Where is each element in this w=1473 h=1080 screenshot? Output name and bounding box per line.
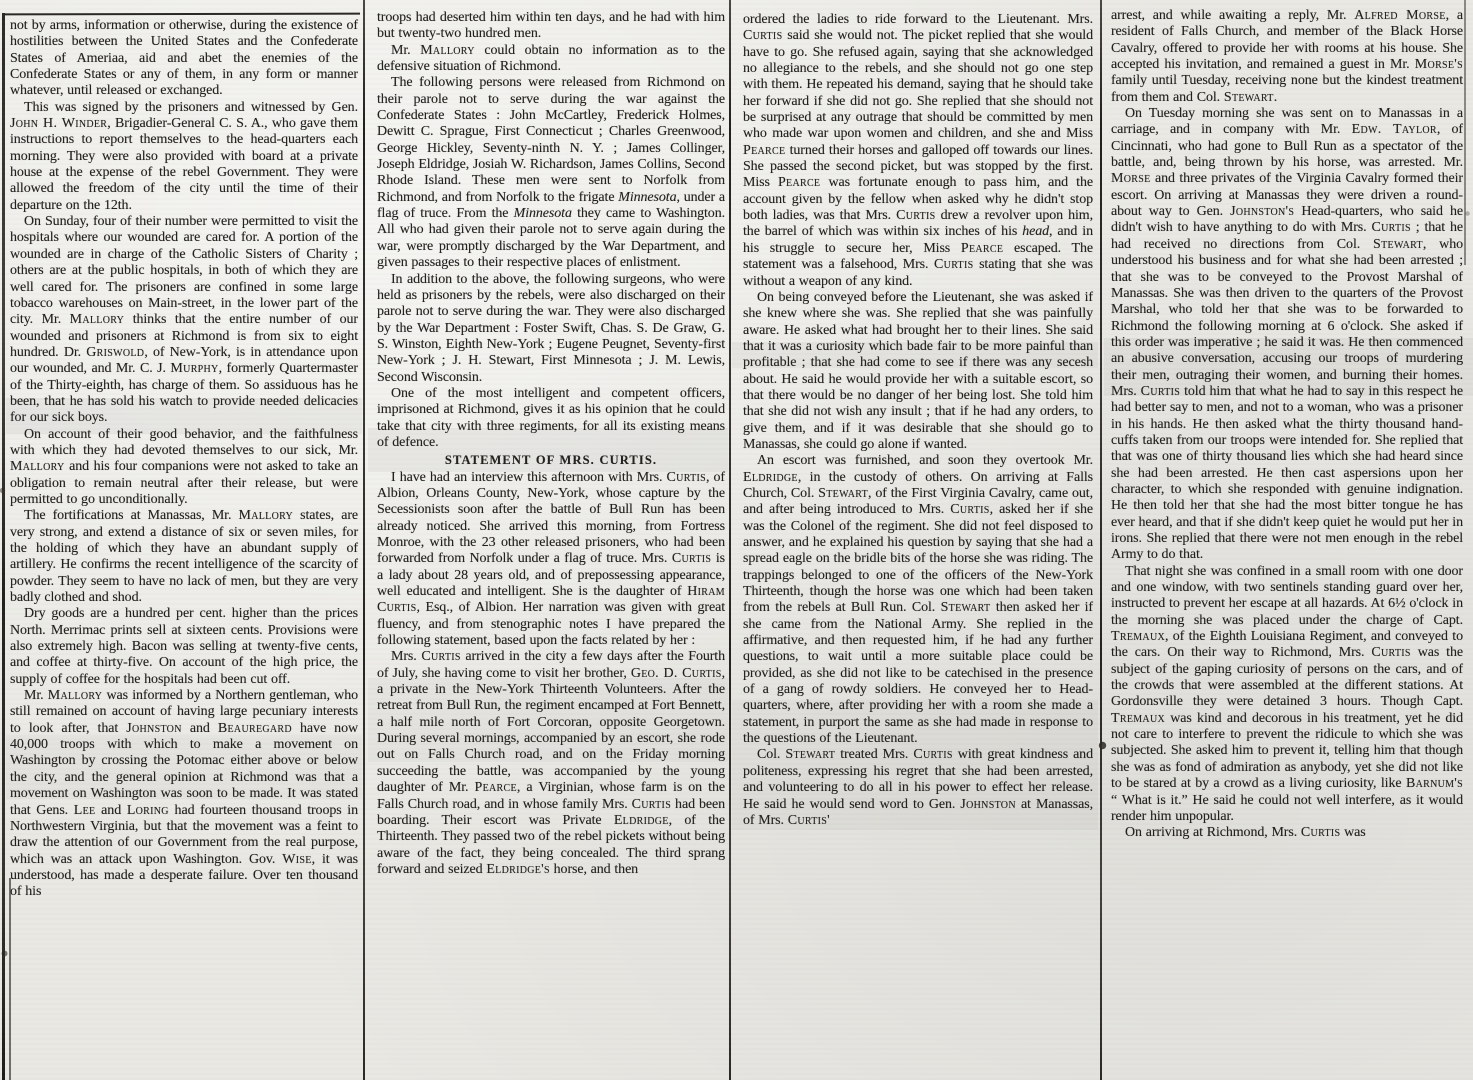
column-rule [1100, 0, 1102, 1080]
scan-edge-line [9, 878, 11, 1080]
paragraph: Mrs. Curtis arrived in the city a few da… [377, 649, 725, 878]
paragraph: The fortifications at Manassas, Mr. Mall… [10, 508, 358, 606]
paragraph: troops had deserted him within ten days,… [377, 10, 725, 43]
newspaper-column-1: not by arms, information or otherwise, d… [10, 0, 358, 1080]
paragraph: This was signed by the prisoners and wit… [10, 100, 358, 214]
paragraph: On arriving at Richmond, Mrs. Curtis was [1111, 825, 1463, 841]
paragraph: I have had an interview this afternoon w… [377, 470, 725, 650]
paragraph: On being conveyed before the Lieutenant,… [743, 290, 1093, 453]
paragraph: Mr. Mallory was informed by a Northern g… [10, 688, 358, 900]
column-rule [363, 0, 365, 1080]
paragraph: not by arms, information or otherwise, d… [10, 18, 358, 100]
paragraph: ordered the ladies to ride forward to th… [743, 12, 1093, 290]
paragraph: Mr. Mallory could obtain no information … [377, 43, 725, 76]
section-heading: STATEMENT OF MRS. CURTIS. [377, 451, 725, 469]
newspaper-column-4: arrest, and while awaiting a reply, Mr. … [1111, 0, 1463, 1080]
paragraph: On Sunday, four of their number were per… [10, 214, 358, 426]
paragraph: The following persons were released from… [377, 75, 725, 271]
newspaper-column-3: ordered the ladies to ride forward to th… [743, 0, 1093, 1080]
scan-edge-line [2, 13, 5, 1080]
column-rule [729, 0, 731, 1080]
paragraph: In addition to the above, the following … [377, 272, 725, 386]
paragraph: arrest, and while awaiting a reply, Mr. … [1111, 8, 1463, 106]
paragraph: On Tuesday morning she was sent on to Ma… [1111, 106, 1463, 564]
paragraph: One of the most intelligent and competen… [377, 386, 725, 451]
scan-edge-line [1464, 0, 1466, 265]
newspaper-column-2: troops had deserted him within ten days,… [377, 0, 725, 1080]
paragraph: Col. Stewart treated Mrs. Curtis with gr… [743, 747, 1093, 829]
top-rule [2, 12, 360, 15]
ink-speck [0, 0, 3, 3]
paragraph: That night she was confined in a small r… [1111, 564, 1463, 826]
newspaper-page: not by arms, information or otherwise, d… [0, 0, 1473, 1080]
paragraph: On account of their good behavior, and t… [10, 427, 358, 509]
paragraph: Dry goods are a hundred per cent. higher… [10, 606, 358, 688]
paragraph: An escort was furnished, and soon they o… [743, 453, 1093, 747]
